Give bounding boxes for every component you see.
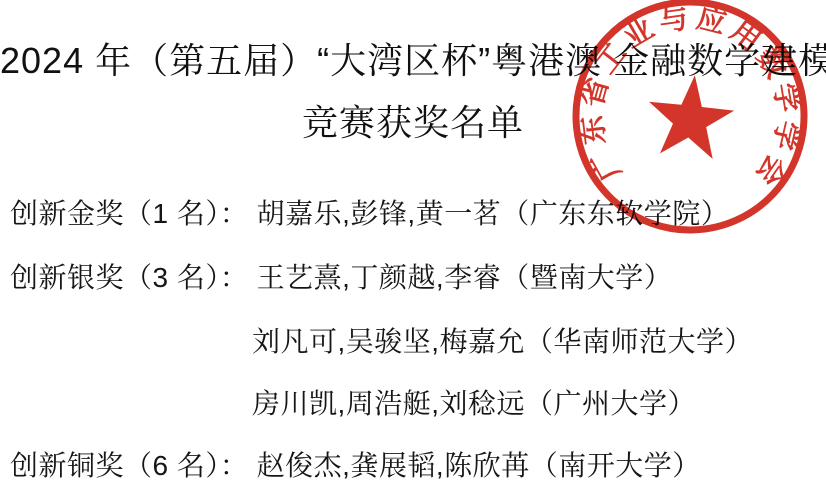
official-seal: 广东省工业与应用数学学会: [561, 0, 820, 245]
award-line-silver-2: 刘凡可,吴骏坚,梅嘉允（华南师范大学）: [252, 320, 753, 360]
award-line-bronze: 创新铜奖（6 名）： 赵俊杰,龚展韬,陈欣苒（南开大学）: [10, 444, 701, 484]
award-line-silver-3: 房川凯,周浩艇,刘稔远（广州大学）: [252, 382, 696, 422]
star-icon: [644, 71, 738, 161]
award-document: 2024 年（第五届）“大湾区杯”粤港澳 金融数学建模 竞赛获奖名单 创新金奖（…: [0, 0, 826, 487]
award-line-silver-1: 创新银奖（3 名）： 王艺熹,丁颜越,李睿（暨南大学）: [10, 256, 672, 296]
